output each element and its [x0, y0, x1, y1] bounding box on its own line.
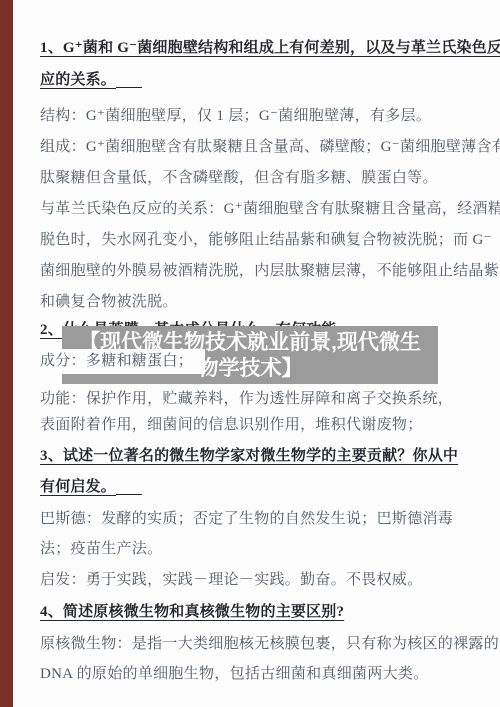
question-heading: 4、简述原核微生物和真核微生物的主要区别? [40, 602, 485, 622]
answer-line: 原核微生物：是指一大类细胞核无核膜包裹，只有称为核区的裸露的 [40, 634, 485, 654]
answer-line: 组成：G⁺菌细胞壁含有肽聚糖且含量高、磷壁酸；G⁻菌细胞壁薄含有 [40, 137, 485, 157]
answer-line: 功能：保护作用，贮藏养料，作为透性屏障和离子交换系统， [40, 389, 485, 409]
document-page: 1、G⁺菌和 G⁻菌细胞壁结构和组成上有何差别，以及与革兰氏染色反应的关系。结构… [0, 0, 500, 707]
answer-line: 脱色时，失水网孔变小，能够阻止结晶紫和碘复合物被洗脱；而 G⁻ [40, 230, 485, 250]
answer-line: 结构：G⁺菌细胞壁厚，仅 1 层；G⁻菌细胞壁薄，有多层。 [40, 106, 485, 126]
answer-line: DNA 的原始的单细胞生物，包括古细菌和真细菌两大类。 [40, 664, 485, 684]
answer-line-composition: 成分：多糖和糖蛋白； [40, 349, 205, 374]
answer-line: 和碘复合物被洗脱。 [40, 292, 485, 312]
answer-line: 启发：勇于实践，实践－理论－实践。勤奋。不畏权威。 [40, 570, 485, 590]
answer-line: 菌细胞壁的外膜易被酒精洗脱，内层肽聚糖层薄，不能够阻止结晶紫 [40, 261, 485, 281]
answer-line: 法；疫苗生产法。 [40, 539, 485, 559]
question-heading: 有何启发。 [40, 477, 485, 497]
question-heading: 1、G⁺菌和 G⁻菌细胞壁结构和组成上有何差别，以及与革兰氏染色反 [40, 38, 485, 58]
question-heading: 应的关系。 [40, 70, 485, 90]
question-heading: 3、试述一位著名的微生物学家对微生物学的主要贡献？你从中 [40, 446, 485, 466]
answer-line: 表面附着作用，细菌间的信息识别作用，堆积代谢废物； [40, 415, 485, 435]
answer-line: 肽聚糖但含量低，不含磷壁酸，但含有脂多糖、膜蛋白等。 [40, 168, 485, 188]
page-left-edge-bar [0, 0, 13, 707]
answer-line: 巴斯德：发酵的实质；否定了生物的自然发生说；巴斯德消毒 [40, 509, 485, 529]
answer-line: 与革兰氏染色反应的关系：G⁺菌细胞壁含有肽聚糖且含量高，经酒精 [40, 199, 485, 219]
